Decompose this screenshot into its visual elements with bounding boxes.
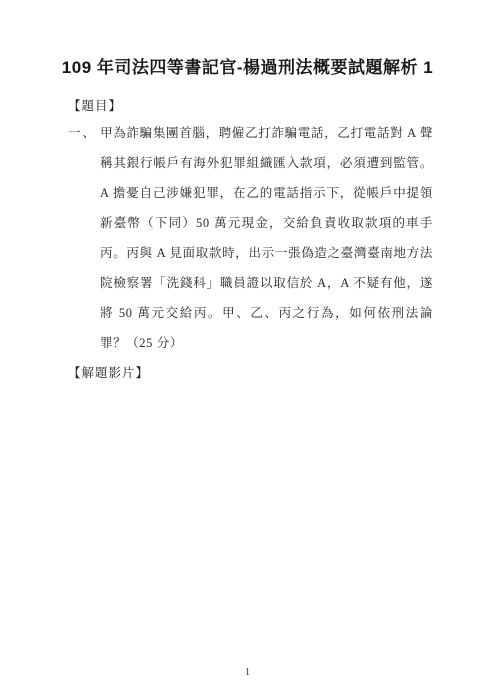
question-paragraph: 一、甲為詐騙集團首腦，聘僱乙打詐騙電話，乙打電話對 A 聲稱其銀行帳戶有海外犯罪… bbox=[68, 118, 433, 358]
question-number: 一、 bbox=[68, 118, 100, 148]
page-title: 109 年司法四等書記官-楊過刑法概要試題解析 1 bbox=[0, 0, 495, 81]
page-footer: 1 bbox=[0, 667, 495, 678]
question-section-label: 【題目】 bbox=[68, 98, 431, 114]
document-page: 109 年司法四等書記官-楊過刑法概要試題解析 1 【題目】 一、甲為詐騙集團首… bbox=[0, 0, 495, 700]
video-section-label: 【解題影片】 bbox=[68, 365, 431, 381]
question-text: 甲為詐騙集團首腦，聘僱乙打詐騙電話，乙打電話對 A 聲稱其銀行帳戶有海外犯罪組織… bbox=[100, 126, 433, 350]
page-number: 1 bbox=[245, 667, 250, 678]
